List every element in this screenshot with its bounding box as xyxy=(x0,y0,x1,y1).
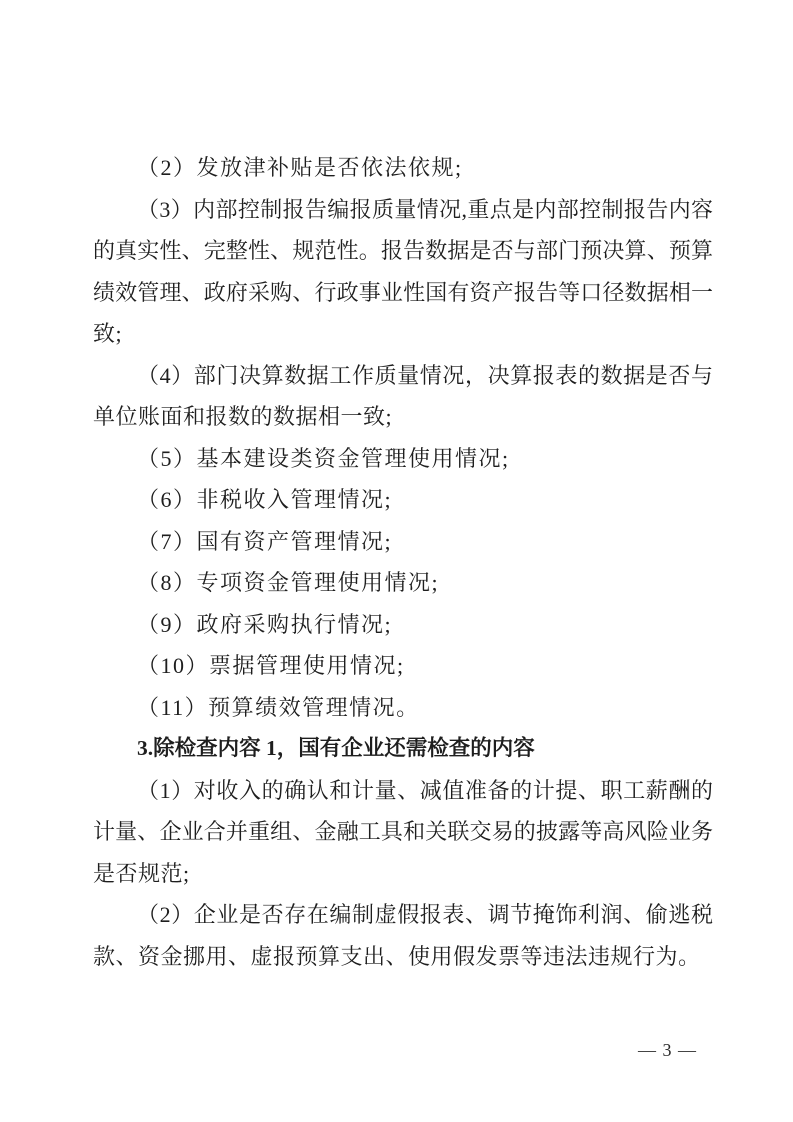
item-3-line-3: 绩效管理、政府采购、行政事业性国有资产报告等口径数据相一 xyxy=(93,272,713,314)
paragraph-item-4: （4）部门决算数据工作质量情况，决算报表的数据是否与 单位账面和报数的数据相一致… xyxy=(93,355,713,438)
page-number: — 3 — xyxy=(638,1040,697,1061)
sec3-item-1-line-1: （1）对收入的确认和计量、减值准备的计提、职工薪酬的 xyxy=(93,770,713,812)
section-3-heading: 3.除检查内容 1，国有企业还需检查的内容 xyxy=(93,728,713,770)
paragraph-sec3-item-1: （1）对收入的确认和计量、减值准备的计提、职工薪酬的 计量、企业合并重组、金融工… xyxy=(93,770,713,895)
paragraph-item-7: （7）国有资产管理情况; xyxy=(93,521,713,563)
paragraph-item-2: （2）发放津补贴是否依法依规; xyxy=(93,147,713,189)
paragraph-item-10: （10）票据管理使用情况; xyxy=(93,645,713,687)
item-6-line: （6）非税收入管理情况; xyxy=(93,479,713,521)
item-11-line: （11）预算绩效管理情况。 xyxy=(93,687,713,729)
item-10-line: （10）票据管理使用情况; xyxy=(93,645,713,687)
paragraph-sec3-item-2: （2）企业是否存在编制虚假报表、调节掩饰利润、偷逃税 款、资金挪用、虚报预算支出… xyxy=(93,894,713,977)
item-3-line-2: 的真实性、完整性、规范性。报告数据是否与部门预决算、预算 xyxy=(93,230,713,272)
paragraph-item-3: （3）内部控制报告编报质量情况,重点是内部控制报告内容 的真实性、完整性、规范性… xyxy=(93,189,713,355)
document-page: （2）发放津补贴是否依法依规; （3）内部控制报告编报质量情况,重点是内部控制报… xyxy=(0,0,793,1122)
sec3-item-2-line-2: 款、资金挪用、虚报预算支出、使用假发票等违法违规行为。 xyxy=(93,936,713,978)
sec3-item-1-line-2: 计量、企业合并重组、金融工具和关联交易的披露等高风险业务 xyxy=(93,811,713,853)
paragraph-item-8: （8）专项资金管理使用情况; xyxy=(93,562,713,604)
item-5-line: （5）基本建设类资金管理使用情况; xyxy=(93,438,713,480)
paragraph-item-9: （9）政府采购执行情况; xyxy=(93,604,713,646)
section-3-heading-line: 3.除检查内容 1，国有企业还需检查的内容 xyxy=(93,728,713,770)
paragraph-item-11: （11）预算绩效管理情况。 xyxy=(93,687,713,729)
paragraph-item-6: （6）非税收入管理情况; xyxy=(93,479,713,521)
item-3-line-1: （3）内部控制报告编报质量情况,重点是内部控制报告内容 xyxy=(93,189,713,231)
paragraph-item-5: （5）基本建设类资金管理使用情况; xyxy=(93,438,713,480)
sec3-item-2-line-1: （2）企业是否存在编制虚假报表、调节掩饰利润、偷逃税 xyxy=(93,894,713,936)
item-9-line: （9）政府采购执行情况; xyxy=(93,604,713,646)
item-4-line-2: 单位账面和报数的数据相一致; xyxy=(93,396,713,438)
item-2-line: （2）发放津补贴是否依法依规; xyxy=(93,147,713,189)
item-3-line-4: 致; xyxy=(93,313,713,355)
item-4-line-1: （4）部门决算数据工作质量情况，决算报表的数据是否与 xyxy=(93,355,713,397)
document-body: （2）发放津补贴是否依法依规; （3）内部控制报告编报质量情况,重点是内部控制报… xyxy=(93,147,713,977)
item-8-line: （8）专项资金管理使用情况; xyxy=(93,562,713,604)
item-7-line: （7）国有资产管理情况; xyxy=(93,521,713,563)
sec3-item-1-line-3: 是否规范; xyxy=(93,853,713,895)
